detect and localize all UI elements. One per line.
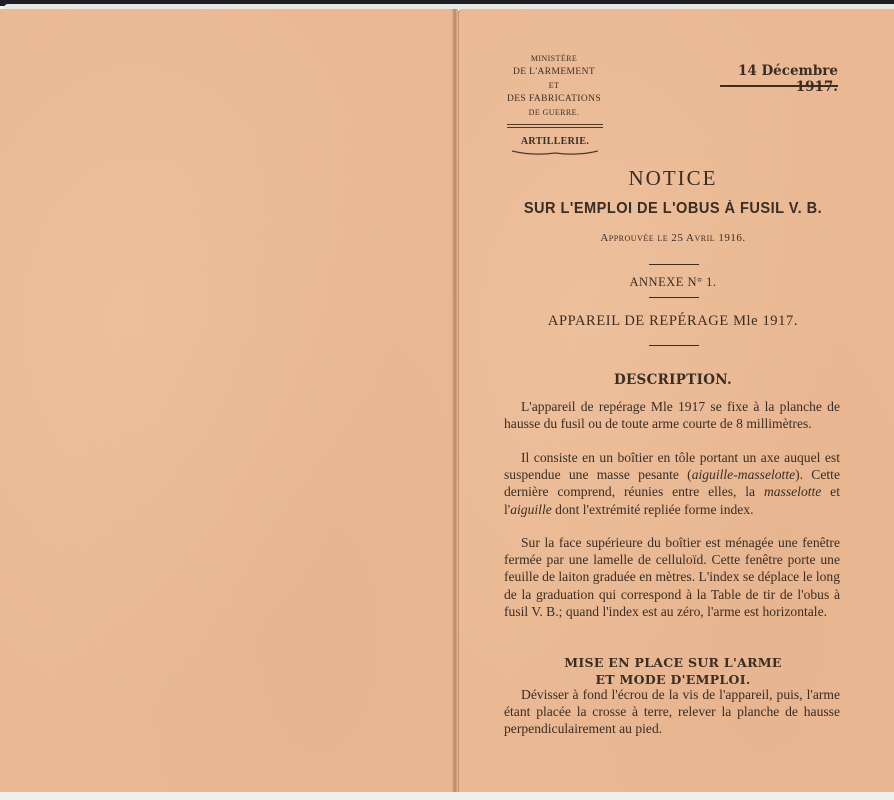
document-date: 14 Décembre 1917. [720, 63, 838, 95]
paragraph-text: Sur la face supérieure du boîtier est mé… [504, 535, 840, 619]
device-title: APPAREIL DE REPÉRAGE Mle 1917. [488, 313, 858, 330]
ministry-line: DES FABRICATIONS [500, 93, 608, 107]
ministry-line: DE L'ARMEMENT [500, 66, 608, 80]
ministry-line: MINISTÈRE [500, 52, 608, 66]
ministry-header: MINISTÈRE DE L'ARMEMENT ET DES FABRICATI… [500, 52, 608, 120]
scan-bottom-border [0, 792, 894, 800]
ministry-line: ET [500, 79, 608, 93]
left-page-blank [0, 9, 456, 792]
separator-rule [649, 345, 699, 346]
paragraph: L'appareil de repérage Mle 1917 se fixe … [504, 398, 840, 432]
paragraph: Il consiste en un boîtier en tôle portan… [504, 449, 840, 518]
heading-line: MISE EN PLACE SUR L'ARME [488, 654, 858, 671]
paragraph-text: Dévisser à fond l'écrou de la vis de l'a… [504, 687, 840, 736]
paragraph-text: dont l'extrémité repliée forme index. [552, 502, 754, 517]
italic-term: masselotte [764, 484, 821, 499]
section-heading-usage: MISE EN PLACE SUR L'ARME ET MODE D'EMPLO… [488, 654, 858, 688]
annex-label: ANNEXE N° 1. [488, 275, 858, 290]
separator-rule [649, 297, 699, 298]
separator-rule [649, 264, 699, 265]
approval-note: Approuvée le 25 Avril 1916. [488, 232, 858, 244]
book-gutter [452, 9, 458, 792]
document-title: NOTICE [488, 166, 858, 191]
italic-term: aiguille-masselotte [692, 467, 795, 482]
paragraph: Dévisser à fond l'écrou de la vis de l'a… [504, 686, 840, 738]
date-underline [720, 85, 838, 87]
header-rule [507, 127, 603, 128]
paragraph-text: L'appareil de repérage Mle 1917 se fixe … [504, 399, 840, 431]
ornament-swash [512, 150, 598, 156]
ministry-line: DE GUERRE. [500, 106, 608, 120]
section-heading-description: DESCRIPTION. [488, 372, 858, 388]
italic-term: aiguille [510, 502, 552, 517]
header-rule [507, 124, 603, 125]
paragraph: Sur la face supérieure du boîtier est mé… [504, 534, 840, 620]
service-label: ARTILLERIE. [500, 136, 610, 147]
document-subtitle: SUR L'EMPLOI DE L'OBUS À FUSIL V. B. [499, 200, 847, 218]
